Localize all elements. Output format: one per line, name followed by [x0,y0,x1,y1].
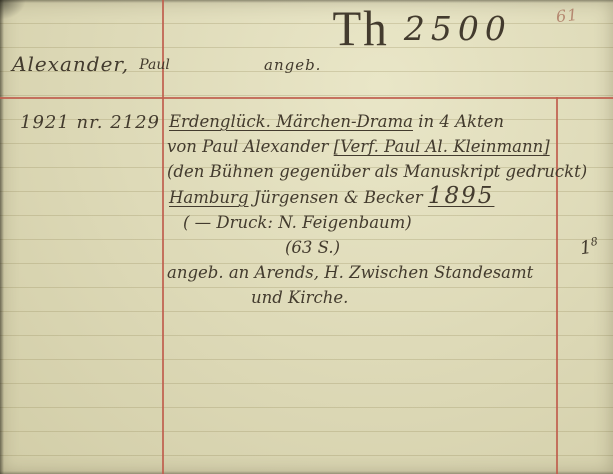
entry-segment: Erdenglück. Märchen-Drama [169,112,413,131]
shelfmark-heading: angeb. Th 2500 [264,2,512,56]
entry-line: Erdenglück. Märchen-Drama in 4 Akten [167,109,555,134]
entry-line: (63 S.) [167,235,555,260]
heading-prefix: angeb. [264,56,321,74]
author-forename: Paul [139,57,170,73]
accession-number: 1921 nr. 2129 [20,112,160,133]
entry-segment: von Paul Alexander [167,137,334,156]
entry-segment: Hamburg [169,188,249,207]
pencil-corner-number: 61 [555,5,579,26]
entry-line: von Paul Alexander [Verf. Paul Al. Klein… [167,134,555,159]
author-field: Alexander, Paul [12,52,170,76]
entry-segment: angeb. an Arends, H. Zwischen Standesamt [167,263,533,282]
entry-line: und Kirche. [167,285,555,310]
heading-classmark: Th [333,1,389,58]
margin-note: 18 [579,235,600,259]
entry-line: Hamburg Jürgensen & Becker 1895 [167,184,555,210]
red-rule-vertical-right [556,97,558,474]
entry-line: angeb. an Arends, H. Zwischen Standesamt [167,260,555,285]
entry-segment: (63 S.) [285,238,340,257]
author-surname: Alexander, [12,52,129,76]
entry-segment: Jürgensen & Becker [249,188,428,207]
card-corner-shadow [0,0,26,20]
entry-segment: in 4 Akten [413,112,504,131]
entry-segment: und Kirche. [251,288,348,307]
catalog-card: 61 angeb. Th 2500 Alexander, Paul 1921 n… [0,0,613,474]
margin-note-exponent: 8 [590,235,599,249]
entry-segment: 1895 [428,183,495,209]
entry-line: (den Bühnen gegenüber als Manuskript ged… [167,159,555,184]
entry-text: Erdenglück. Märchen-Drama in 4 Aktenvon … [167,109,555,310]
entry-segment: (den Bühnen gegenüber als Manuskript ged… [167,162,587,181]
entry-segment: ( — Druck: N. Feigenbaum) [183,213,412,232]
heading-number: 2500 [404,9,512,48]
entry-line: ( — Druck: N. Feigenbaum) [167,210,555,235]
entry-segment: [Verf. Paul Al. Kleinmann] [334,137,550,156]
red-rule-horizontal [0,97,613,99]
card-left-edge-shadow [0,0,4,474]
